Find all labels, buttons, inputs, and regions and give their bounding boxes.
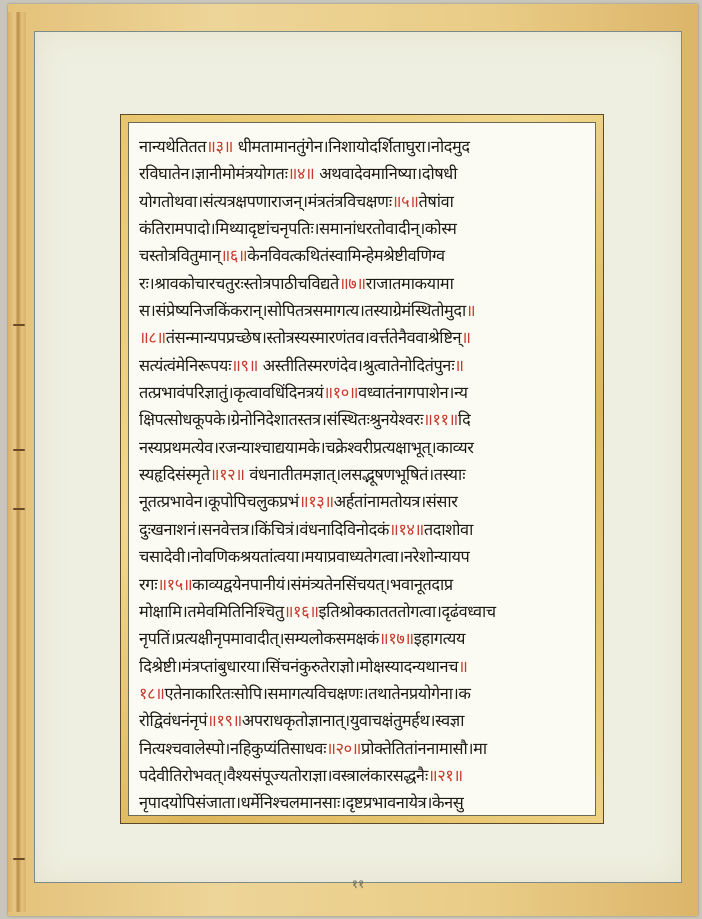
manuscript-line: नृपादयोपिसंजाता।धर्मेनिश्चलमानसाः।दृष्टप…: [139, 789, 587, 816]
verse-number-marker: ॥९॥: [231, 356, 258, 375]
verse-number-marker: ॥५॥: [392, 192, 419, 211]
binding-stitch: [13, 858, 25, 860]
manuscript-line: स्यहृदिसंस्मृते॥१२॥ वंधनातीतमज्ञात्।लसद्…: [139, 461, 587, 488]
text-segment: नृपादयोपिसंजाता।धर्मेनिश्चलमानसाः।दृष्टप…: [139, 793, 463, 812]
text-segment: प्रोक्तेतितांननामासौ।मा: [361, 739, 487, 758]
text-segment: नूतत्प्रभावेन।कूपोपिचलुकप्रभं: [139, 492, 299, 511]
verse-number-marker: ॥: [461, 328, 470, 347]
text-segment: सत्यंत्वंमेनिरूपयः: [139, 356, 231, 375]
verse-number-marker: ॥१३॥: [299, 492, 334, 511]
manuscript-line: नस्यप्रथमत्येव।रजन्याश्चाद्ययामके।चक्रेश…: [139, 434, 587, 461]
binding-stitch: [13, 508, 25, 510]
binding-stitch: [13, 324, 25, 326]
text-segment: रः।श्रावकोचारचतुरःस्तोत्रपाठीचविद्यते: [139, 274, 339, 293]
binding-spine: [8, 12, 26, 912]
manuscript-line: पदेवीतिरोभवत्।वैश्यसंपूज्यतोराज्ञा।वस्त्…: [139, 762, 587, 789]
text-segment: पदेवीतिरोभवत्।वैश्यसंपूज्यतोराज्ञा।वस्त्…: [139, 766, 428, 785]
manuscript-line: तत्प्रभावंपरिज्ञातुं।कृत्वावधिंदिनत्रयं॥…: [139, 379, 587, 406]
manuscript-line: चसादेवी।नोवणिकश्रयतांत्वया।मयाप्रवाध्यते…: [139, 543, 587, 570]
text-segment: वध्वातंनागपाशेन।न्य: [358, 383, 467, 402]
manuscript-line: १८॥एतेनाकारितःसोपि।समागत्यविचक्षणः।तथाते…: [139, 680, 587, 707]
text-segment: योगतोथवा।संत्यत्रक्षपणाराजन्।मंत्रतंत्रव…: [139, 192, 392, 211]
text-segment: तंसन्मान्यपप्रच्छेष।स्तोत्रस्यस्मारणंतव।…: [166, 328, 461, 347]
text-segment: अथवादेवमानिष्या।दोषधी: [314, 164, 457, 183]
manuscript-line: सत्यंत्वंमेनिरूपयः॥९॥ अस्तीतिस्मरणंदेव।श…: [139, 352, 587, 379]
manuscript-line: रः।श्रावकोचारचतुरःस्तोत्रपाठीचविद्यते॥७॥…: [139, 270, 587, 297]
verse-number-marker: १८॥: [139, 684, 165, 703]
text-segment: चस्तोत्रवितुमान्: [139, 246, 221, 265]
manuscript-line: रोद्विवंधनंनृपं॥१९॥अपराधकृतोज्ञानात्।युव…: [139, 707, 587, 734]
text-segment: केनविवत्कथितंस्वामिन्हेमश्रेष्टीवणिग्व: [247, 246, 444, 265]
binding-stitch: [13, 449, 25, 451]
text-segment: मोक्षामि।तमेवमितिनिश्चितु: [139, 602, 284, 621]
text-segment: स।संप्रेष्यनिजकिंकरान्।सोपितत्रसमागत्य।त…: [139, 301, 466, 320]
verse-number-marker: ॥४॥: [288, 164, 315, 183]
text-segment: नृपतिं।प्रत्यक्षीनृपमावादीत्।सम्यलोकसमक्…: [139, 629, 379, 648]
text-segment: दिश्रेष्टी।मंत्रप्तांबुधारया।सिंचनंकुरुत…: [139, 657, 458, 676]
gold-border-frame: नान्यथेतितत॥३॥ धीमतामानतुंगेन।निशायोदर्श…: [120, 114, 604, 824]
manuscript-line: योगतोथवा।संत्यत्रक्षपणाराजन्।मंत्रतंत्रव…: [139, 188, 587, 215]
verse-number-marker: ॥१२॥: [210, 465, 245, 484]
verse-number-marker: ॥१९॥: [207, 711, 242, 730]
text-segment: रविघातेन।ज्ञानीमोमंत्रयोगतः: [139, 164, 288, 183]
manuscript-line: स।संप्रेष्यनिजकिंकरान्।सोपितत्रसमागत्य।त…: [139, 297, 587, 324]
text-segment: कंतिरामपादो।मिथ्यादृष्टांचनृपतिः।समानांध…: [139, 219, 456, 238]
text-segment: राजातमाकयामा: [366, 274, 454, 293]
text-segment: अर्हतांनामतोयत्र।संसार: [334, 492, 458, 511]
text-segment: स्यहृदिसंस्मृते: [139, 465, 210, 484]
text-segment: धीमतामानतुंगेन।निशायोदर्शिताघुरा।नोदमुद: [233, 137, 470, 156]
text-segment: दि: [458, 410, 470, 429]
verse-number-marker: ॥७॥: [339, 274, 366, 293]
verse-number-marker: ॥१४॥: [389, 520, 424, 539]
text-segment: नस्यप्रथमत्येव।रजन्याश्चाद्ययामके।चक्रेश…: [139, 438, 474, 457]
manuscript-page: नान्यथेतितत॥३॥ धीमतामानतुंगेन।निशायोदर्श…: [34, 31, 682, 883]
folio-number: ११: [35, 875, 681, 892]
text-segment: तदाशोवा: [424, 520, 473, 539]
manuscript-line: चस्तोत्रवितुमान्॥६॥केनविवत्कथितंस्वामिन्…: [139, 242, 587, 269]
verse-number-marker: ॥८॥: [139, 328, 166, 347]
text-segment: नित्यश्चवालेस्पो।नहिकुप्यंतिसाधवः: [139, 739, 326, 758]
manuscript-line: कंतिरामपादो।मिथ्यादृष्टांचनृपतिः।समानांध…: [139, 215, 587, 242]
manuscript-line: नृपतिं।प्रत्यक्षीनृपमावादीत्।सम्यलोकसमक्…: [139, 625, 587, 652]
text-segment: दुःखनाशनं।सनवेत्तत्र।किंचित्रं।वंधनादिवि…: [139, 520, 389, 539]
manuscript-line: नित्यश्चवालेस्पो।नहिकुप्यंतिसाधवः॥२०॥प्र…: [139, 735, 587, 762]
verse-number-marker: ॥१६॥: [284, 602, 319, 621]
text-segment: इतिश्रोक्कातततोगत्वा।दृढंवध्वाच: [319, 602, 496, 621]
verse-number-marker: ॥: [466, 301, 475, 320]
manuscript-line: मोक्षामि।तमेवमितिनिश्चितु॥१६॥इतिश्रोक्का…: [139, 598, 587, 625]
manuscript-line: नूतत्प्रभावेन।कूपोपिचलुकप्रभं॥१३॥अर्हतां…: [139, 488, 587, 515]
text-segment: तत्प्रभावंपरिज्ञातुं।कृत्वावधिंदिनत्रयं: [139, 383, 323, 402]
manuscript-line: रगः॥१५॥काव्यद्वयेनपानीयं।संमंत्र्यतेनसिं…: [139, 571, 587, 598]
text-segment: तेषांवा: [419, 192, 454, 211]
manuscript-line: रविघातेन।ज्ञानीमोमंत्रयोगतः॥४॥ अथवादेवमा…: [139, 160, 587, 187]
verse-number-marker: ॥६॥: [221, 246, 248, 265]
text-segment: अपराधकृतोज्ञानात्।युवाचक्षंतुमर्हथ।स्वज्…: [242, 711, 464, 730]
verse-number-marker: ॥१०॥: [323, 383, 358, 402]
manuscript-line: नान्यथेतितत॥३॥ धीमतामानतुंगेन।निशायोदर्श…: [139, 133, 587, 160]
manuscript-line: ॥८॥तंसन्मान्यपप्रच्छेष।स्तोत्रस्यस्मारणं…: [139, 324, 587, 351]
text-segment: क्षिपत्सोधकूपके।ग्रेनोनिदेशातस्तत्र।संस्…: [139, 410, 423, 429]
verse-number-marker: ॥३॥: [206, 137, 233, 156]
manuscript-board: नान्यथेतितत॥३॥ धीमतामानतुंगेन।निशायोदर्श…: [8, 4, 698, 916]
text-segment: चसादेवी।नोवणिकश्रयतांत्वया।मयाप्रवाध्यते…: [139, 547, 469, 566]
text-segment: रगः: [139, 575, 157, 594]
text-segment: अस्तीतिस्मरणंदेव।श्रुत्वातेनोदितंपुनः: [258, 356, 454, 375]
verse-number-marker: ॥१७॥: [379, 629, 414, 648]
text-segment: वंधनातीतमज्ञात्।लसद्भूषणभूषितं।तस्याः: [245, 465, 465, 484]
text-segment: नान्यथेतितत: [139, 137, 206, 156]
text-segment: एतेनाकारितःसोपि।समागत्यविचक्षणः।तथातेनप्…: [165, 684, 471, 703]
verse-number-marker: ॥१५॥: [157, 575, 192, 594]
text-panel: नान्यथेतितत॥३॥ धीमतामानतुंगेन।निशायोदर्श…: [128, 122, 596, 816]
text-segment: रोद्विवंधनंनृपं: [139, 711, 207, 730]
verse-number-marker: ॥: [458, 657, 467, 676]
manuscript-line: दिश्रेष्टी।मंत्रप्तांबुधारया।सिंचनंकुरुत…: [139, 653, 587, 680]
verse-number-marker: ॥: [454, 356, 463, 375]
verse-number-marker: ॥२१॥: [428, 766, 463, 785]
text-segment: इहागत्यय: [414, 629, 465, 648]
verse-number-marker: ॥२०॥: [326, 739, 361, 758]
manuscript-line: दुःखनाशनं।सनवेत्तत्र।किंचित्रं।वंधनादिवि…: [139, 516, 587, 543]
verse-number-marker: ॥११॥: [423, 410, 458, 429]
text-segment: काव्यद्वयेनपानीयं।संमंत्र्यतेनसिंचयत्।भव…: [192, 575, 453, 594]
manuscript-line: क्षिपत्सोधकूपके।ग्रेनोनिदेशातस्तत्र।संस्…: [139, 406, 587, 433]
